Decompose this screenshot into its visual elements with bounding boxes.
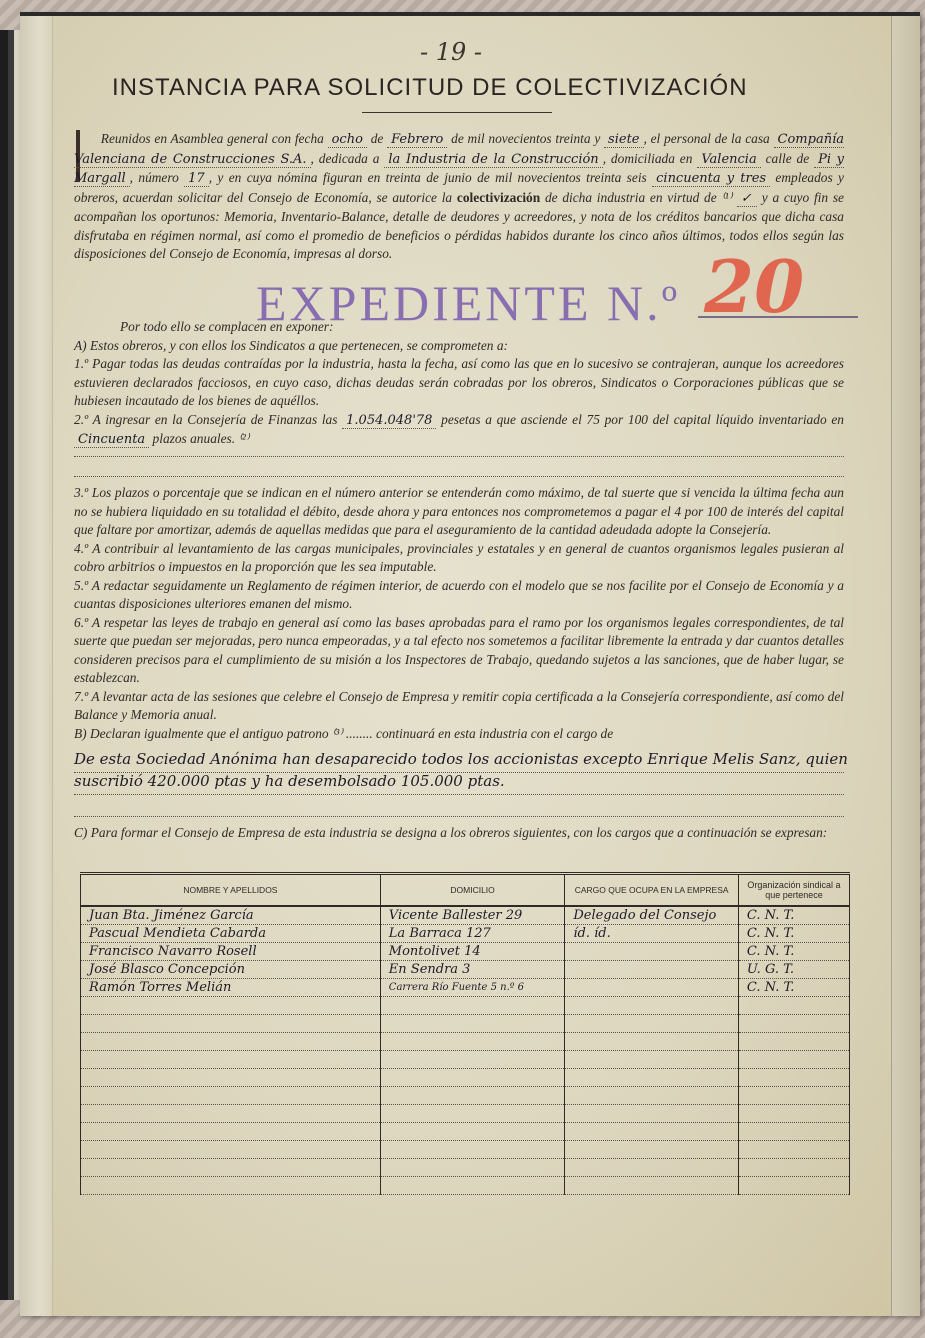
field-industry: la Industria de la Construcción [384, 152, 602, 168]
preamble-text: de dicha industria en virtud de ⁽¹⁾ [545, 190, 732, 205]
section-b-handwritten: De esta Sociedad Anónima han desaparecid… [74, 748, 854, 792]
cell-name [81, 1051, 381, 1069]
table-row [81, 1141, 850, 1159]
section-a-item-6: 6.º A respetar las leyes de trabajo en g… [74, 614, 844, 688]
cell-union [738, 1141, 849, 1159]
field-number: 17 [184, 171, 209, 187]
cell-position [565, 1159, 739, 1177]
page-spine [20, 16, 53, 1316]
field-year: siete [604, 132, 643, 148]
cell-union [738, 1051, 849, 1069]
cell-name [81, 1069, 381, 1087]
intro-text: Por todo ello se complacen en exponer: [74, 318, 844, 337]
header-address: DOMICILIO [380, 874, 565, 907]
preamble-text: Reunidos en Asamblea general con fecha [101, 131, 324, 146]
cell-position [565, 1051, 739, 1069]
cell-name: Pascual Mendieta Cabarda [81, 925, 381, 943]
dotted-line [74, 794, 844, 795]
cell-union [738, 997, 849, 1015]
table-row: Francisco Navarro RosellMontolivet 14C. … [81, 943, 850, 961]
cell-name: José Blasco Concepción [81, 961, 381, 979]
table-row [81, 1159, 850, 1177]
table-row [81, 997, 850, 1015]
cell-position [565, 1015, 739, 1033]
header-name: NOMBRE Y APELLIDOS [81, 874, 381, 907]
council-table-header: NOMBRE Y APELLIDOS DOMICILIO CARGO QUE O… [81, 874, 850, 907]
cell-position [565, 1033, 739, 1051]
table-row [81, 1105, 850, 1123]
dotted-line [74, 816, 844, 817]
section-a-cont: 3.º Los plazos o porcentaje que se indic… [74, 484, 844, 743]
cell-name: Juan Bta. Jiménez García [81, 906, 381, 925]
preamble-text: calle de [766, 151, 810, 166]
cell-union: C. N. T. [738, 979, 849, 997]
cell-address [380, 1159, 565, 1177]
table-row: Juan Bta. Jiménez GarcíaVicente Balleste… [81, 906, 850, 925]
preamble-text: de mil novecientos treinta y [451, 131, 600, 146]
cell-name [81, 1123, 381, 1141]
section-a-item-3: 3.º Los plazos o porcentaje que se indic… [74, 484, 844, 540]
cell-union [738, 1177, 849, 1195]
section-a-heading: A) Estos obreros, y con ellos los Sindic… [74, 337, 844, 356]
section-a-item-2: 2.º A ingresar en la Consejería de Finan… [74, 411, 844, 450]
section-a-item-7: 7.º A levantar acta de las sesiones que … [74, 688, 844, 725]
cell-name: Francisco Navarro Rosell [81, 943, 381, 961]
cell-union [738, 1015, 849, 1033]
cell-name [81, 997, 381, 1015]
cell-address: La Barraca 127 [380, 925, 565, 943]
cell-address [380, 1141, 565, 1159]
section-b-text: B) Declaran igualmente que el antiguo pa… [74, 725, 844, 744]
table-row: Pascual Mendieta CabardaLa Barraca 127íd… [81, 925, 850, 943]
cell-union [738, 1105, 849, 1123]
cell-name [81, 1105, 381, 1123]
cell-name [81, 1033, 381, 1051]
folio-number: - 19 - [420, 38, 482, 66]
field-day: ocho [328, 132, 367, 148]
cell-name: Ramón Torres Melián [81, 979, 381, 997]
cell-union: C. N. T. [738, 943, 849, 961]
cell-name [81, 1159, 381, 1177]
cell-name [81, 1087, 381, 1105]
cell-position: íd. íd. [565, 925, 739, 943]
cell-union [738, 1033, 849, 1051]
cell-address [380, 1087, 565, 1105]
preamble-text: de [371, 131, 384, 146]
field-installments: Cincuenta [74, 432, 149, 448]
cell-address [380, 1105, 565, 1123]
cell-address [380, 1177, 565, 1195]
cell-address [380, 997, 565, 1015]
cell-union [738, 1159, 849, 1177]
preamble-text: , número [130, 170, 179, 185]
item2-text: 2.º A ingresar en la Consejería de Finan… [74, 412, 337, 427]
cell-position [565, 1123, 739, 1141]
cell-address [380, 1051, 565, 1069]
cell-union: U. G. T. [738, 961, 849, 979]
dotted-line [74, 772, 844, 773]
preamble-text: , el personal de la casa [644, 131, 770, 146]
cell-address [380, 1069, 565, 1087]
table-row [81, 1015, 850, 1033]
cell-position [565, 1069, 739, 1087]
header-union: Organización sindical a que pertenece [738, 874, 849, 907]
cell-union [738, 1069, 849, 1087]
section-a-item-5: 5.º A redactar seguidamente un Reglament… [74, 577, 844, 614]
section-a: Por todo ello se complacen en exponer: A… [74, 318, 844, 450]
item2-text: pesetas a que asciende el 75 por 100 del… [441, 412, 844, 427]
cell-address [380, 1015, 565, 1033]
table-row [81, 1177, 850, 1195]
document-title: INSTANCIA PARA SOLICITUD DE COLECTIVIZAC… [112, 74, 812, 102]
section-a-item-4: 4.º A contribuir al levantamiento de las… [74, 540, 844, 577]
section-c-text: C) Para formar el Consejo de Empresa de … [74, 824, 844, 843]
cell-address: Vicente Ballester 29 [380, 906, 565, 925]
council-table: NOMBRE Y APELLIDOS DOMICILIO CARGO QUE O… [80, 872, 850, 1195]
cell-union: C. N. T. [738, 925, 849, 943]
cell-address [380, 1123, 565, 1141]
cell-name [81, 1177, 381, 1195]
dotted-line [74, 456, 844, 457]
cell-name [81, 1015, 381, 1033]
cell-position [565, 1087, 739, 1105]
field-month: Febrero [387, 132, 447, 148]
cell-name [81, 1141, 381, 1159]
table-row [81, 1087, 850, 1105]
item2-text: plazos anuales. ⁽²⁾ [153, 431, 250, 446]
table-row: Ramón Torres MeliánCarrera Río Fuente 5 … [81, 979, 850, 997]
cell-address: Montolivet 14 [380, 943, 565, 961]
table-row [81, 1069, 850, 1087]
cell-position: Delegado del Consejo [565, 906, 739, 925]
preamble-bold-term: colectivización [457, 190, 540, 205]
table-row [81, 1033, 850, 1051]
preamble-text: , y en cuya nómina figuran en treinta de… [209, 170, 647, 185]
cell-position [565, 1177, 739, 1195]
title-rule [362, 112, 552, 113]
cell-union: C. N. T. [738, 906, 849, 925]
cell-position [565, 979, 739, 997]
cell-address: Carrera Río Fuente 5 n.º 6 [380, 979, 565, 997]
table-row [81, 1123, 850, 1141]
cell-position [565, 1105, 739, 1123]
cell-position [565, 961, 739, 979]
cell-address [380, 1033, 565, 1051]
preamble-text: , dedicada a [311, 151, 380, 166]
cell-position [565, 1141, 739, 1159]
field-employees: cincuenta y tres [652, 171, 770, 187]
section-a-item-1: 1.º Pagar todas las deudas contraídas po… [74, 355, 844, 411]
cell-union [738, 1123, 849, 1141]
preamble-text: , domiciliada en [603, 151, 693, 166]
field-check-mark: ✓ [737, 191, 757, 207]
cell-position [565, 997, 739, 1015]
table-row: José Blasco ConcepciónEn Sendra 3U. G. T… [81, 961, 850, 979]
field-city: Valencia [697, 152, 760, 168]
field-amount: 1.054.048'78 [342, 413, 436, 429]
cell-union [738, 1087, 849, 1105]
cell-address: En Sendra 3 [380, 961, 565, 979]
torn-page-edge [891, 16, 920, 1316]
table-row [81, 1051, 850, 1069]
header-position: CARGO QUE OCUPA EN LA EMPRESA [565, 874, 739, 907]
cell-position [565, 943, 739, 961]
dotted-line [74, 476, 844, 477]
